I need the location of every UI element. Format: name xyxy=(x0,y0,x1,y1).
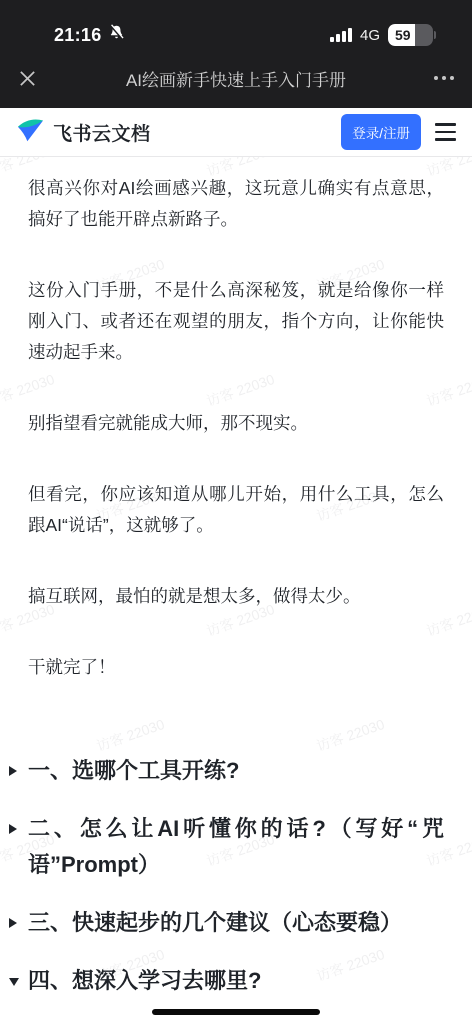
phone-screen: 21:16 4G 59 xyxy=(0,0,472,1024)
paragraph: 搞互联网，最怕的就是想太多，做得太少。 xyxy=(28,581,444,612)
section-list: 一、选哪个工具开练? 二、怎么让AI听懂你的话?（写好“咒语”Prompt） 三… xyxy=(28,753,444,999)
brand-name: 飞书云文档 xyxy=(53,119,151,146)
triangle-right-icon[interactable] xyxy=(9,824,17,834)
paragraph: 这份入门手册，不是什么高深秘笈，就是给像你一样刚入门、或者还在观望的朋友，指个方… xyxy=(28,275,444,368)
document-body: 很高兴你对AI绘画感兴趣，这玩意儿确实有点意思，搞好了也能开辟点新路子。 这份入… xyxy=(28,173,444,999)
section-toggle-1[interactable]: 一、选哪个工具开练? xyxy=(28,753,444,789)
muted-bell-icon xyxy=(108,24,125,46)
triangle-down-icon[interactable] xyxy=(9,978,19,986)
battery-icon: 59 xyxy=(388,24,436,46)
home-indicator[interactable] xyxy=(152,1009,320,1015)
paragraph: 很高兴你对AI绘画感兴趣，这玩意儿确实有点意思，搞好了也能开辟点新路子。 xyxy=(28,173,444,235)
paragraph: 干就完了！ xyxy=(28,652,444,683)
site-header: 飞书云文档 登录/注册 xyxy=(0,108,472,157)
hamburger-menu-button[interactable] xyxy=(435,123,456,141)
section-title: 四、想深入学习去哪里? xyxy=(28,963,444,999)
triangle-right-icon[interactable] xyxy=(9,766,17,776)
more-options-button[interactable] xyxy=(420,76,454,80)
battery-percent: 59 xyxy=(388,24,433,46)
paragraph: 别指望看完就能成大师，那不现实。 xyxy=(28,408,444,439)
triangle-right-icon[interactable] xyxy=(9,918,17,928)
document-content: 访客 22030访客 22030访客 22030访客 22030访客 22030… xyxy=(0,157,472,1024)
section-title: 一、选哪个工具开练? xyxy=(28,753,444,789)
paragraph: 但看完，你应该知道从哪儿开始，用什么工具，怎么跟AI“说话”，这就够了。 xyxy=(28,479,444,541)
section-toggle-4[interactable]: 四、想深入学习去哪里? xyxy=(28,963,444,999)
cellular-signal-icon xyxy=(330,28,352,42)
webview-nav-bar: AI绘画新手快速上手入门手册 xyxy=(0,56,472,108)
section-title: 二、怎么让AI听懂你的话?（写好“咒语”Prompt） xyxy=(28,811,444,883)
login-register-button[interactable]: 登录/注册 xyxy=(341,114,421,150)
clock: 21:16 xyxy=(54,25,102,46)
network-type: 4G xyxy=(360,27,380,44)
section-toggle-3[interactable]: 三、快速起步的几个建议（心态要稳） xyxy=(28,905,444,941)
top-chrome: 21:16 4G 59 xyxy=(0,0,472,108)
section-toggle-2[interactable]: 二、怎么让AI听懂你的话?（写好“咒语”Prompt） xyxy=(28,811,444,883)
close-icon xyxy=(18,69,37,88)
status-bar: 21:16 4G 59 xyxy=(0,0,472,56)
feishu-logo-icon xyxy=(16,116,45,148)
section-title: 三、快速起步的几个建议（心态要稳） xyxy=(28,905,444,941)
brand: 飞书云文档 xyxy=(16,116,341,148)
close-webview-button[interactable] xyxy=(18,69,52,88)
webview-title: AI绘画新手快速上手入门手册 xyxy=(52,66,420,91)
